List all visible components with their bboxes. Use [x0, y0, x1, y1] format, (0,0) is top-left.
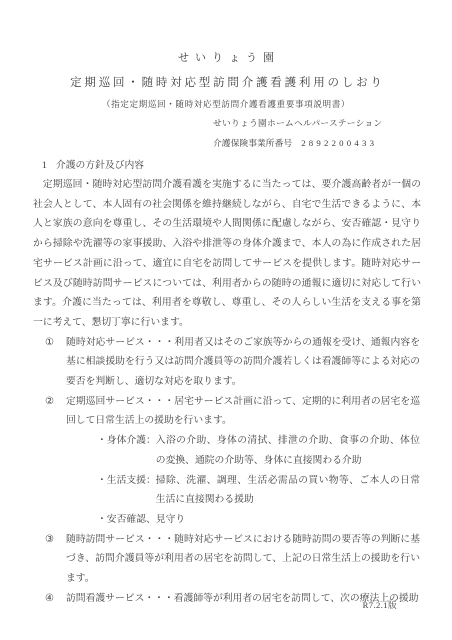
bullet-dot: ・: [97, 435, 107, 446]
list-item-1: ① 随時対応サービス・・・利用者又はそのご家族等からの通報を受け、通報内容を基に…: [45, 333, 420, 392]
version-stamp: R7.2.1版: [363, 599, 397, 611]
item-marker: ③: [45, 530, 66, 589]
bullet-dot: ・: [97, 514, 107, 525]
item-text: 定期巡回サービス・・・居宅サービス計画に沿って、定期的に利用者の居宅を巡回して日…: [66, 392, 420, 431]
sub-item-label: ・生活支援：: [97, 471, 156, 510]
facility-name: せいりょう園: [0, 52, 452, 65]
sub-list-item-2: ・生活支援： 掃除、洗濯、調理、生活必需品の買い物等、ご本人の日常生活に直接関わ…: [97, 471, 420, 510]
intro-paragraph: 定期巡回・随時対応型訪問介護看護を実施するに当たっては、要介護高齢者が一個の社会…: [33, 175, 421, 333]
section-heading: 1介護の方針及び内容: [42, 159, 452, 173]
section-heading-text: 介護の方針及び内容: [56, 160, 144, 171]
list-item-3: ③ 随時訪問サービス・・・随時対応サービスにおける随時訪問の要否等の判断に基づき…: [45, 530, 420, 589]
sub-item-text: 入浴の介助、身体の清拭、排泄の介助、食事の介助、体位の変換、通院の介助等、身体に…: [156, 431, 420, 470]
document-title: 定期巡回・随時対応型訪問介護看護利用のしおり: [0, 76, 452, 90]
section-number: 1: [42, 160, 47, 171]
office-number: 2892200433: [301, 138, 377, 148]
document-subtitle: （指定定期巡回・随時対応型訪問介護看護重要事項説明書）: [0, 99, 452, 110]
sub-list-item-3: ・ 安否確認、見守り: [97, 510, 420, 530]
office-number-label: 介護保険事業所番号: [213, 138, 292, 148]
org-block: せいりょう園ホームヘルパーステーション 介護保険事業所番号2892200433: [213, 118, 452, 149]
sub-item-text: 安否確認、見守り: [107, 510, 420, 530]
document-page: せいりょう園 定期巡回・随時対応型訪問介護看護利用のしおり （指定定期巡回・随時…: [0, 0, 452, 640]
office-number-line: 介護保険事業所番号2892200433: [213, 138, 452, 149]
sub-item-label: ・: [97, 510, 107, 530]
list-item-2: ② 定期巡回サービス・・・居宅サービス計画に沿って、定期的に利用者の居宅を巡回し…: [45, 392, 420, 431]
item-marker: ④: [45, 589, 66, 609]
sub-item-label: ・身体介護：: [97, 431, 156, 470]
item-marker: ②: [45, 392, 66, 431]
sub-item-list: ・身体介護： 入浴の介助、身体の清拭、排泄の介助、食事の介助、体位の変換、通院の…: [97, 431, 420, 530]
station-name: せいりょう園ホームヘルパーステーション: [213, 118, 452, 129]
sub-item-category: 生活支援：: [107, 475, 156, 486]
item-list: ① 随時対応サービス・・・利用者又はそのご家族等からの通報を受け、通報内容を基に…: [45, 333, 420, 609]
bullet-dot: ・: [97, 475, 107, 486]
item-text: 随時対応サービス・・・利用者又はそのご家族等からの通報を受け、通報内容を基に相談…: [66, 333, 420, 392]
sub-item-text: 掃除、洗濯、調理、生活必需品の買い物等、ご本人の日常生活に直接関わる援助: [156, 471, 420, 510]
item-text: 随時訪問サービス・・・随時対応サービスにおける随時訪問の要否等の判断に基づき、訪…: [66, 530, 420, 589]
sub-list-item-1: ・身体介護： 入浴の介助、身体の清拭、排泄の介助、食事の介助、体位の変換、通院の…: [97, 431, 420, 470]
item-marker: ①: [45, 333, 66, 392]
sub-item-category: 身体介護：: [107, 435, 156, 446]
